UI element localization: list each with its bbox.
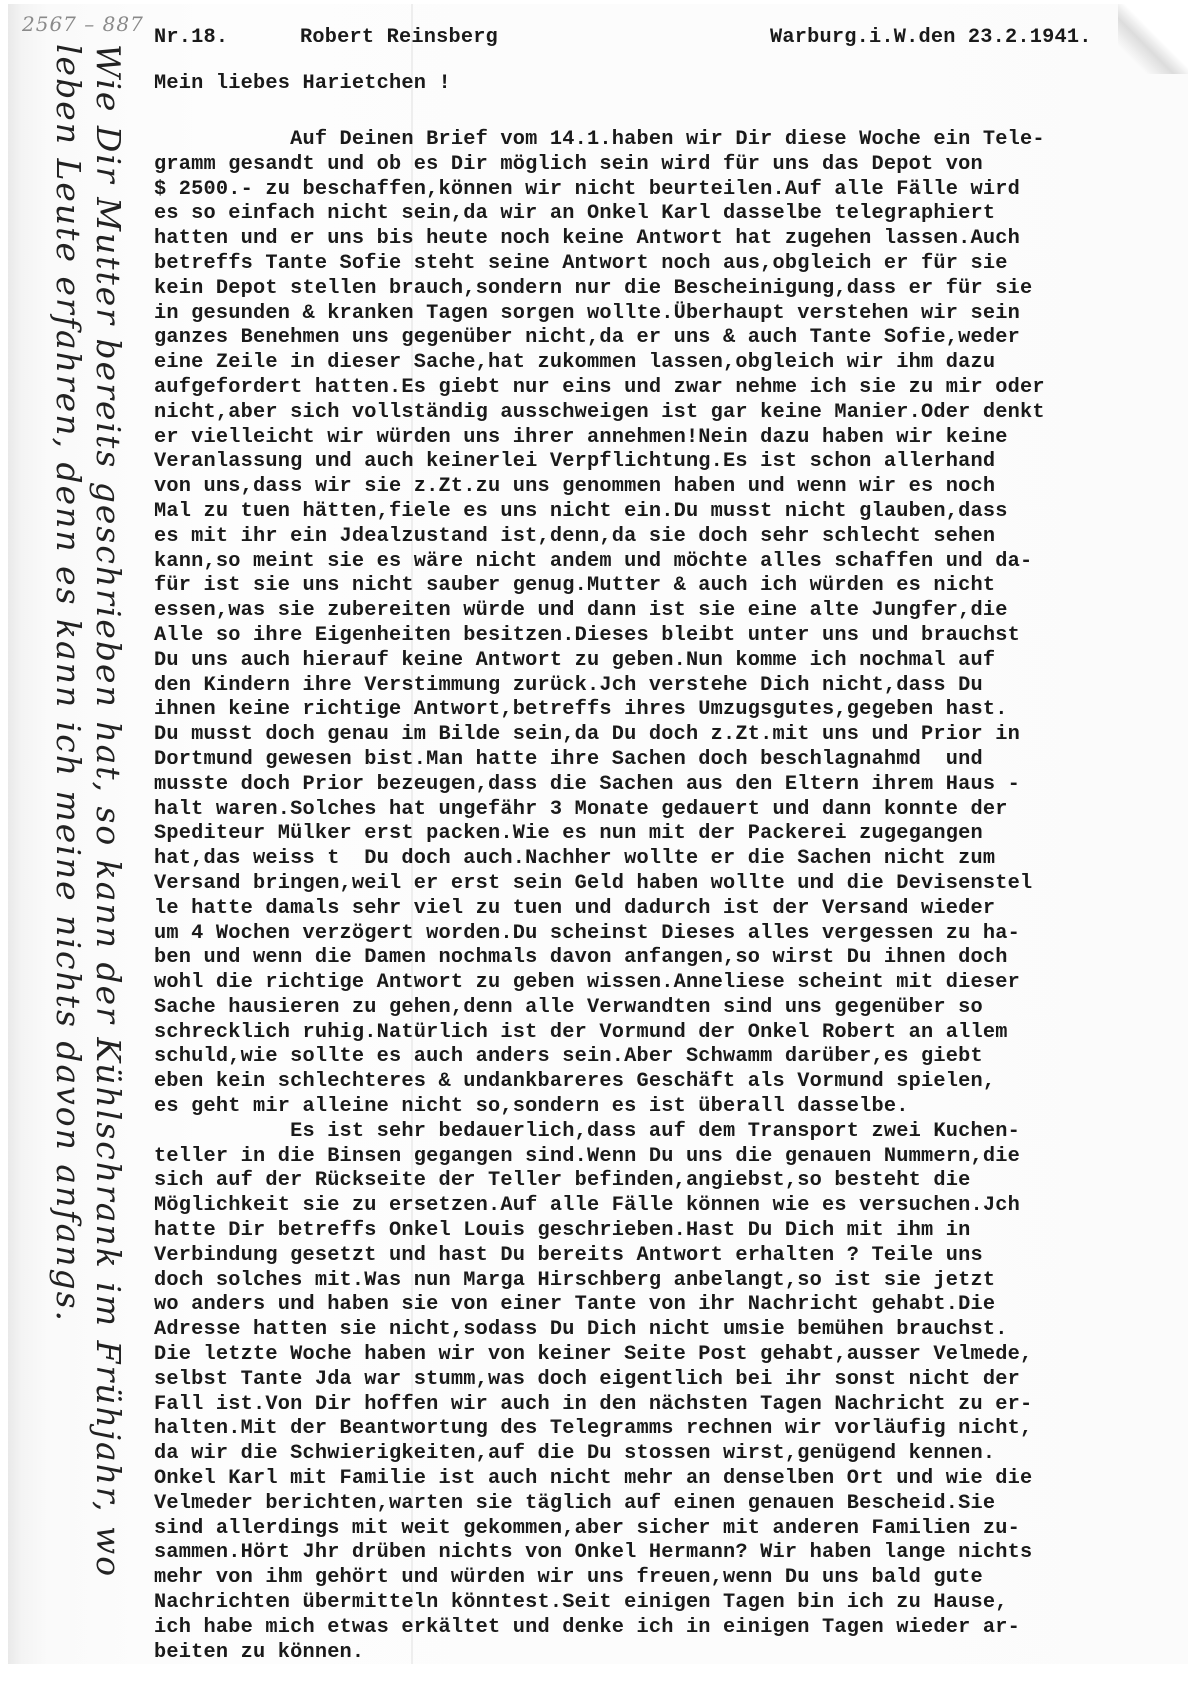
body-line: hat,das weiss t Du doch auch.Nachher wol… bbox=[154, 847, 1200, 872]
body-line: Versand bringen,weil er erst sein Geld h… bbox=[154, 872, 1200, 897]
body-line: er vielleicht wir würden uns ihrer anneh… bbox=[154, 426, 1200, 451]
body-line: schuld,wie sollte es auch anders sein.Ab… bbox=[154, 1045, 1200, 1070]
margin-note-line: leben Leute erfahren, denn es kann ich m… bbox=[48, 44, 88, 1604]
body-line: aufgefordert hatten.Es giebt nur eins un… bbox=[154, 376, 1200, 401]
body-line: ihnen keine richtige Antwort,betreffs ih… bbox=[154, 698, 1200, 723]
body-line: nicht,aber sich vollständig ausschweigen… bbox=[154, 401, 1200, 426]
body-line: Möglichkeit sie zu ersetzen.Auf alle Fäl… bbox=[154, 1194, 1200, 1219]
body-line: Dortmund gewesen bist.Man hatte ihre Sac… bbox=[154, 748, 1200, 773]
body-line: $ 2500.- zu beschaffen,können wir nicht … bbox=[154, 178, 1200, 203]
margin-note-line: Wie Dir Mutter bereits geschrieben hat, … bbox=[88, 44, 128, 1604]
salutation: Mein liebes Harietchen ! bbox=[154, 72, 451, 95]
body-line: Velmeder berichten,warten sie täglich au… bbox=[154, 1492, 1200, 1517]
body-line: Die letzte Woche haben wir von keiner Se… bbox=[154, 1343, 1200, 1368]
body-line: doch solches mit.Was nun Marga Hirschber… bbox=[154, 1269, 1200, 1294]
body-line: es so einfach nicht sein,da wir an Onkel… bbox=[154, 202, 1200, 227]
body-line: sich auf der Rückseite der Teller befind… bbox=[154, 1169, 1200, 1194]
body-line: Verbindung gesetzt und hast Du bereits A… bbox=[154, 1244, 1200, 1269]
body-line: Du musst doch genau im Bilde sein,da Du … bbox=[154, 723, 1200, 748]
body-line: Es ist sehr bedauerlich,dass auf dem Tra… bbox=[154, 1120, 1200, 1145]
body-line: sammen.Hört Jhr drüben nichts von Onkel … bbox=[154, 1541, 1200, 1566]
body-line: in gesunden & kranken Tagen sorgen wollt… bbox=[154, 302, 1200, 327]
body-line: Fall ist.Von Dir hoffen wir auch in den … bbox=[154, 1393, 1200, 1418]
body-line: mehr von ihm gehört und würden wir uns f… bbox=[154, 1566, 1200, 1591]
body-line: hatte Dir betreffs Onkel Louis geschrieb… bbox=[154, 1219, 1200, 1244]
body-line: um 4 Wochen verzögert worden.Du scheinst… bbox=[154, 922, 1200, 947]
place-and-date: Warburg.i.W.den 23.2.1941. bbox=[770, 26, 1092, 49]
body-line: für ist sie uns nicht sauber genug.Mutte… bbox=[154, 574, 1200, 599]
body-line: musste doch Prior bezeugen,dass die Sach… bbox=[154, 773, 1200, 798]
body-line: halten.Mit der Beantwortung des Telegram… bbox=[154, 1417, 1200, 1442]
body-line: gramm gesandt und ob es Dir möglich sein… bbox=[154, 153, 1200, 178]
body-line: hatten und er uns bis heute noch keine A… bbox=[154, 227, 1200, 252]
body-line: sind allerdings mit weit gekommen,aber s… bbox=[154, 1517, 1200, 1542]
body-line: eine Zeile in dieser Sache,hat zukommen … bbox=[154, 351, 1200, 376]
archive-number: 2567 – 887 bbox=[22, 12, 144, 36]
body-line: selbst Tante Jda war stumm,was doch eige… bbox=[154, 1368, 1200, 1393]
body-line: schrecklich ruhig.Natürlich ist der Vorm… bbox=[154, 1021, 1200, 1046]
body-line: teller in die Binsen gegangen sind.Wenn … bbox=[154, 1145, 1200, 1170]
body-line: le hatte damals sehr viel zu tuen und da… bbox=[154, 897, 1200, 922]
body-line: Alle so ihre Eigenheiten besitzen.Dieses… bbox=[154, 624, 1200, 649]
body-line: halt waren.Solches hat ungefähr 3 Monate… bbox=[154, 798, 1200, 823]
body-line: ben und wenn die Damen nochmals davon an… bbox=[154, 946, 1200, 971]
sender-name: Robert Reinsberg bbox=[300, 26, 498, 49]
body-line: da wir die Schwierigkeiten,auf die Du st… bbox=[154, 1442, 1200, 1467]
body-line: wohl die richtige Antwort zu geben wisse… bbox=[154, 971, 1200, 996]
body-line: beiten zu können. bbox=[154, 1641, 1200, 1666]
body-line: ich habe mich etwas erkältet und denke i… bbox=[154, 1616, 1200, 1641]
body-line: Adresse hatten sie nicht,sodass Du Dich … bbox=[154, 1318, 1200, 1343]
body-line: Onkel Karl mit Familie ist auch nicht me… bbox=[154, 1467, 1200, 1492]
body-line: ganzes Benehmen uns gegenüber nicht,da e… bbox=[154, 326, 1200, 351]
body-line: Mal zu tuen hätten,fiele es uns nicht ei… bbox=[154, 500, 1200, 525]
body-line: Du uns auch hierauf keine Antwort zu geb… bbox=[154, 649, 1200, 674]
letter-number: Nr.18. bbox=[154, 26, 228, 49]
body-line: essen,was sie zubereiten würde und dann … bbox=[154, 599, 1200, 624]
body-line: wo anders und haben sie von einer Tante … bbox=[154, 1293, 1200, 1318]
body-line: Spediteur Mülker erst packen.Wie es nun … bbox=[154, 822, 1200, 847]
body-line: betreffs Tante Sofie steht seine Antwort… bbox=[154, 252, 1200, 277]
body-line: es mit ihr ein Jdealzustand ist,denn,da … bbox=[154, 525, 1200, 550]
handwritten-margin-note: Wie Dir Mutter bereits geschrieben hat, … bbox=[38, 44, 128, 1604]
body-line: Nachrichten übermitteln könntest.Seit ei… bbox=[154, 1591, 1200, 1616]
body-line: Sache hausieren zu gehen,denn alle Verwa… bbox=[154, 996, 1200, 1021]
body-line: den Kindern ihre Verstimmung zurück.Jch … bbox=[154, 674, 1200, 699]
letter-body: Auf Deinen Brief vom 14.1.haben wir Dir … bbox=[154, 128, 1200, 1665]
letter-header: Nr.18. Robert Reinsberg Warburg.i.W.den … bbox=[154, 26, 1194, 56]
body-line: Auf Deinen Brief vom 14.1.haben wir Dir … bbox=[154, 128, 1200, 153]
body-line: eben kein schlechteres & undankbareres G… bbox=[154, 1070, 1200, 1095]
letter-page: 2567 – 887 Wie Dir Mutter bereits geschr… bbox=[8, 4, 1188, 1664]
body-line: es geht mir alleine nicht so,sondern es … bbox=[154, 1095, 1200, 1120]
body-line: von uns,dass wir sie z.Zt.zu uns genomme… bbox=[154, 475, 1200, 500]
body-line: kein Depot stellen brauch,sondern nur di… bbox=[154, 277, 1200, 302]
body-line: kann,so meint sie es wäre nicht andem un… bbox=[154, 550, 1200, 575]
body-line: Veranlassung und auch keinerlei Verpflic… bbox=[154, 450, 1200, 475]
